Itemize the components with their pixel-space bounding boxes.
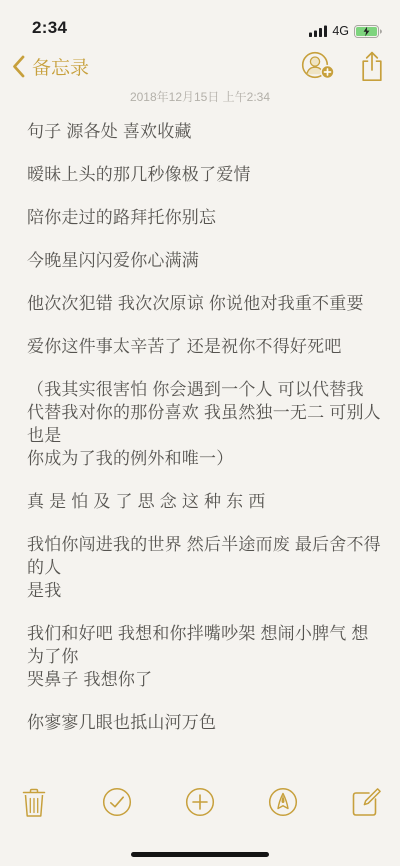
- note-paragraph: 句子 源各处 喜欢收藏: [27, 120, 382, 143]
- note-line: 今晚星闪闪爱你心满满: [27, 249, 382, 272]
- network-type-label: 4G: [332, 24, 349, 38]
- note-line: 暧昧上头的那几秒像极了爱情: [27, 163, 382, 186]
- markup-button[interactable]: [265, 784, 301, 820]
- note-line: 陪你走过的路拜托你别忘: [27, 206, 382, 229]
- note-line: 代替我对你的那份喜欢 我虽然独一无二 可别人也是: [27, 401, 382, 447]
- status-bar: 2:34 4G: [0, 0, 400, 44]
- note-line: 他次次犯错 我次次原谅 你说他对我重不重要: [27, 292, 382, 315]
- share-button[interactable]: [360, 51, 384, 82]
- note-paragraph: 我们和好吧 我想和你拌嘴吵架 想闹小脾气 想为了你 哭鼻子 我想你了: [27, 622, 382, 691]
- checklist-button[interactable]: [99, 784, 135, 820]
- note-paragraph: （我其实很害怕 你会遇到一个人 可以代替我 代替我对你的那份喜欢 我虽然独一无二…: [27, 378, 382, 470]
- note-paragraph: 我怕你闯进我的世界 然后半途而废 最后舍不得的人 是我: [27, 533, 382, 602]
- note-line: 句子 源各处 喜欢收藏: [27, 120, 382, 143]
- back-button[interactable]: 备忘录: [12, 53, 89, 80]
- back-chevron-icon: [12, 55, 25, 78]
- note-line: 我们和好吧 我想和你拌嘴吵架 想闹小脾气 想为了你: [27, 622, 382, 668]
- bottom-toolbar: [0, 784, 400, 820]
- note-date: 2018年12月15日 上午2:34: [0, 88, 400, 106]
- nav-bar: 备忘录: [0, 44, 400, 88]
- note-line: 真 是 怕 及 了 思 念 这 种 东 西: [27, 490, 382, 513]
- note-paragraph: 你寥寥几眼也抵山河万色: [27, 711, 382, 734]
- battery-charging-icon: [354, 25, 382, 38]
- note-line: 哭鼻子 我想你了: [27, 668, 382, 691]
- note-line: 爱你这件事太辛苦了 还是祝你不得好死吧: [27, 335, 382, 358]
- note-paragraph: 他次次犯错 我次次原谅 你说他对我重不重要: [27, 292, 382, 315]
- note-body[interactable]: 句子 源各处 喜欢收藏 暧昧上头的那几秒像极了爱情 陪你走过的路拜托你别忘 今晚…: [0, 106, 400, 734]
- note-paragraph: 真 是 怕 及 了 思 念 这 种 东 西: [27, 490, 382, 513]
- home-indicator[interactable]: [131, 852, 269, 857]
- compose-button[interactable]: [348, 784, 384, 820]
- status-indicators: 4G: [309, 24, 382, 38]
- note-paragraph: 暧昧上头的那几秒像极了爱情: [27, 163, 382, 186]
- check-circle-icon: [101, 786, 133, 818]
- compose-icon: [350, 786, 383, 818]
- note-line: 是我: [27, 579, 382, 602]
- add-attachment-button[interactable]: [182, 784, 218, 820]
- back-button-label: 备忘录: [32, 53, 89, 80]
- note-paragraph: 陪你走过的路拜托你别忘: [27, 206, 382, 229]
- note-line: 你成为了我的例外和唯一）: [27, 447, 382, 470]
- delete-note-button[interactable]: [16, 784, 52, 820]
- note-line: 我怕你闯进我的世界 然后半途而废 最后舍不得的人: [27, 533, 382, 579]
- nav-actions: [300, 50, 384, 82]
- plus-circle-icon: [184, 786, 216, 818]
- note-line: 你寥寥几眼也抵山河万色: [27, 711, 382, 734]
- note-paragraph: 爱你这件事太辛苦了 还是祝你不得好死吧: [27, 335, 382, 358]
- add-collaborator-button[interactable]: [300, 50, 338, 82]
- trash-icon: [20, 787, 48, 818]
- note-paragraph: 今晚星闪闪爱你心满满: [27, 249, 382, 272]
- signal-strength-icon: [309, 25, 327, 37]
- markup-pen-icon: [267, 786, 299, 818]
- clock-time: 2:34: [32, 18, 67, 38]
- note-line: （我其实很害怕 你会遇到一个人 可以代替我: [27, 378, 382, 401]
